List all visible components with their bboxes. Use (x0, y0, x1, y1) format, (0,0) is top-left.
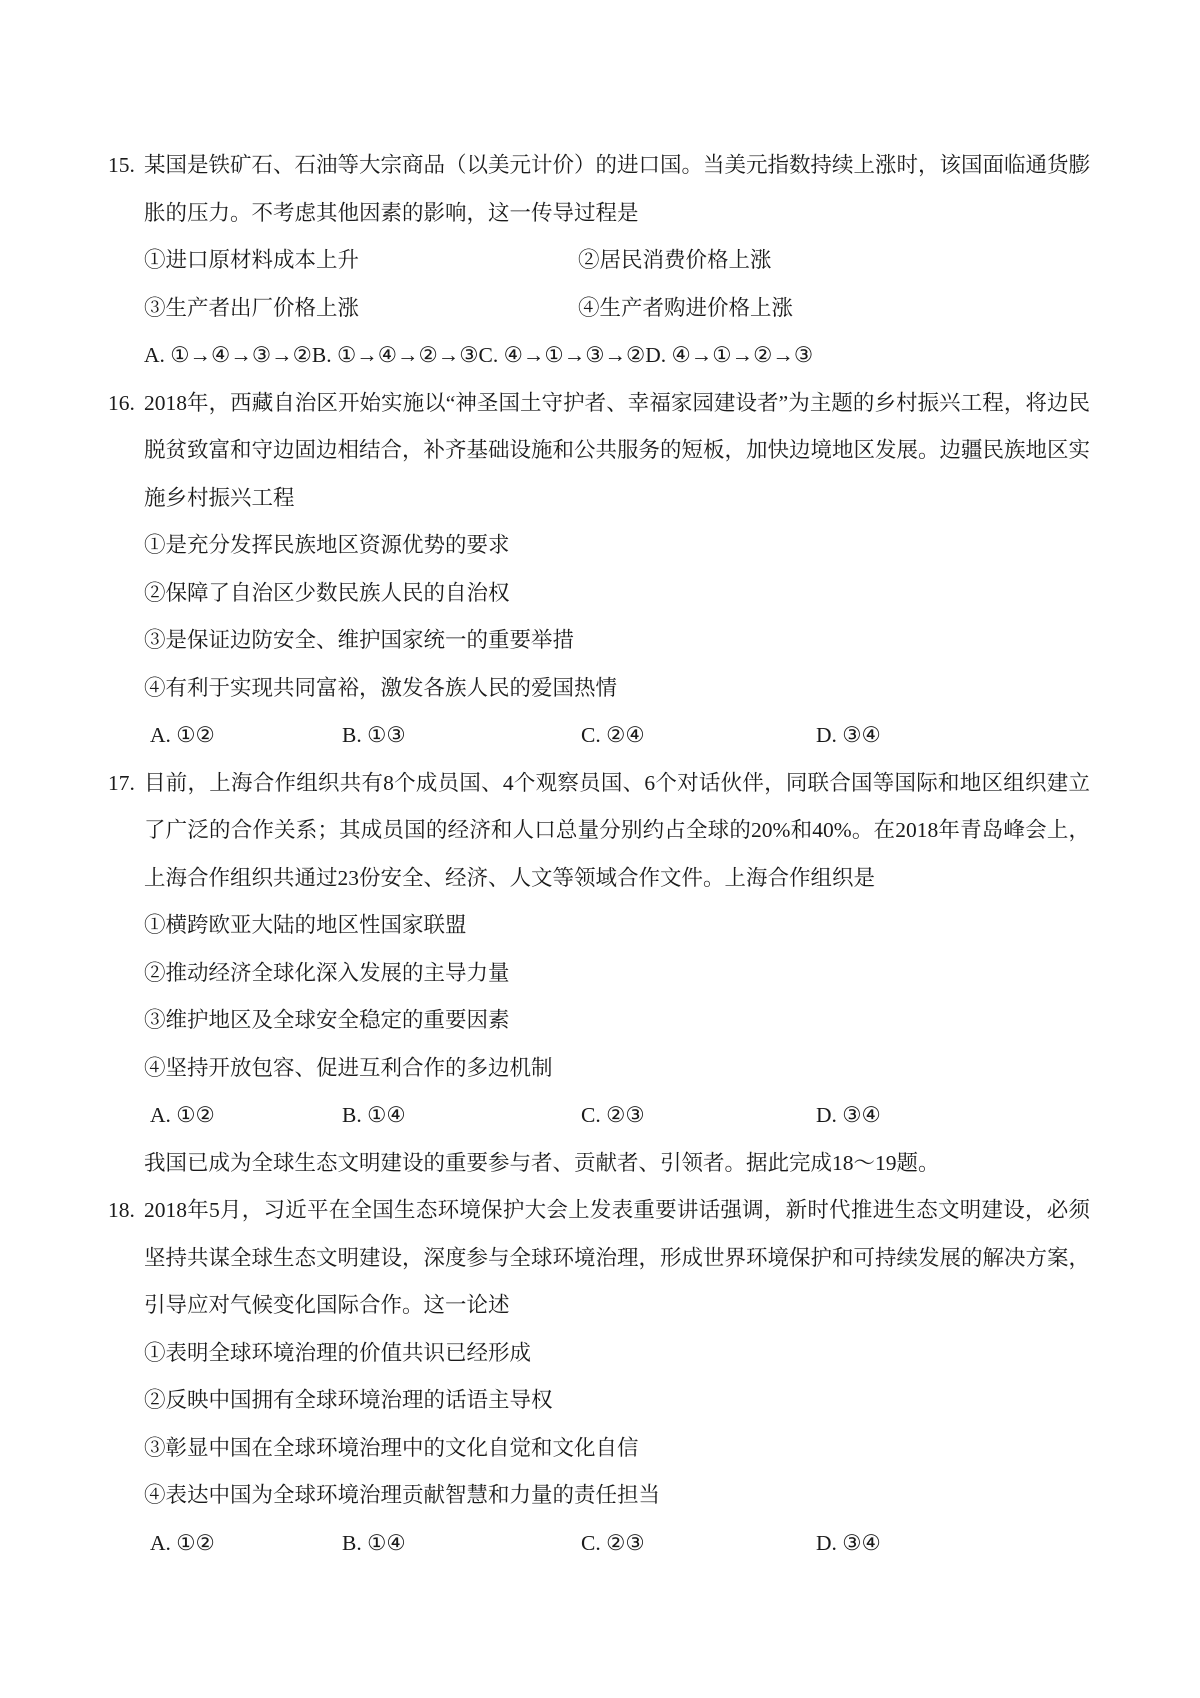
statement-3: ③生产者出厂价格上涨 (144, 296, 359, 320)
statement-1: ①进口原材料成本上升 (144, 248, 359, 272)
statement-1: ①是充分发挥民族地区资源优势的要求 (144, 522, 1090, 570)
choice-b: B. ①③ (342, 712, 406, 760)
choice-d: D. ③④ (816, 1520, 881, 1568)
passage-intro-18-19: 我国已成为全球生态文明建设的重要参与者、贡献者、引领者。据此完成18～19题。 (144, 1140, 1090, 1188)
statement-3: ③维护地区及全球安全稳定的重要因素 (144, 997, 1090, 1045)
statement-2: ②保障了自治区少数民族人民的自治权 (144, 570, 1090, 618)
choice-c: C. ②③ (581, 1520, 645, 1568)
statement-4: ④有利于实现共同富裕，激发各族人民的爱国热情 (144, 665, 1090, 713)
question-16-stem: 2018年，西藏自治区开始实施以“神圣国土守护者、幸福家园建设者”为主题的乡村振… (144, 380, 1090, 523)
choice-b: B. ①④ (342, 1520, 406, 1568)
choice-a: A. ①② (150, 1092, 215, 1140)
statement-3: ③是保证边防安全、维护国家统一的重要举措 (144, 617, 1090, 665)
choice-a: A. ①② (150, 712, 215, 760)
choice-c: C. ②④ (581, 712, 645, 760)
choice-c: C. ②③ (581, 1092, 645, 1140)
choice-b: B. ①④ (342, 1092, 406, 1140)
question-18-number: 18. (108, 1187, 135, 1235)
statement-3: ③彰显中国在全球环境治理中的文化自觉和文化自信 (144, 1425, 1090, 1473)
question-15-statement-row-1: ①进口原材料成本上升 ②居民消费价格上涨 (144, 237, 1090, 285)
statement-2: ②居民消费价格上涨 (578, 237, 772, 285)
statement-1: ①横跨欧亚大陆的地区性国家联盟 (144, 902, 1090, 950)
question-15: 15. 某国是铁矿石、石油等大宗商品（以美元计价）的进口国。当美元指数持续上涨时… (104, 142, 1090, 380)
question-15-statement-row-2: ③生产者出厂价格上涨 ④生产者购进价格上涨 (144, 285, 1090, 333)
question-17-choices: A. ①② B. ①④ C. ②③ D. ③④ (144, 1092, 1090, 1140)
question-18: 18. 2018年5月，习近平在全国生态环境保护大会上发表重要讲话强调，新时代推… (104, 1187, 1090, 1567)
statement-4: ④生产者购进价格上涨 (578, 285, 793, 333)
statement-2: ②反映中国拥有全球环境治理的话语主导权 (144, 1377, 1090, 1425)
question-17-number: 17. (108, 760, 135, 808)
question-17: 17. 目前，上海合作组织共有8个成员国、4个观察员国、6个对话伙伴，同联合国等… (104, 760, 1090, 1140)
statement-4: ④表达中国为全球环境治理贡献智慧和力量的责任担当 (144, 1472, 1090, 1520)
question-15-number: 15. (108, 142, 135, 190)
statement-1: ①表明全球环境治理的价值共识已经形成 (144, 1330, 1090, 1378)
choice-a: A. ①② (150, 1520, 215, 1568)
question-17-stem: 目前，上海合作组织共有8个成员国、4个观察员国、6个对话伙伴，同联合国等国际和地… (144, 760, 1090, 903)
choice-d: D. ③④ (816, 712, 881, 760)
choice-d: D. ③④ (816, 1092, 881, 1140)
question-16-choices: A. ①② B. ①③ C. ②④ D. ③④ (144, 712, 1090, 760)
question-18-choices: A. ①② B. ①④ C. ②③ D. ③④ (144, 1520, 1090, 1568)
question-15-stem: 某国是铁矿石、石油等大宗商品（以美元计价）的进口国。当美元指数持续上涨时，该国面… (144, 142, 1090, 237)
question-16: 16. 2018年，西藏自治区开始实施以“神圣国土守护者、幸福家园建设者”为主题… (104, 380, 1090, 760)
question-16-number: 16. (108, 380, 135, 428)
statement-2: ②推动经济全球化深入发展的主导力量 (144, 950, 1090, 998)
question-15-choices: A. ①→④→③→②B. ①→④→②→③C. ④→①→③→②D. ④→①→②→③ (144, 332, 1090, 380)
exam-page: 15. 某国是铁矿石、石油等大宗商品（以美元计价）的进口国。当美元指数持续上涨时… (0, 0, 1200, 1567)
statement-4: ④坚持开放包容、促进互利合作的多边机制 (144, 1045, 1090, 1093)
question-18-stem: 2018年5月，习近平在全国生态环境保护大会上发表重要讲话强调，新时代推进生态文… (144, 1187, 1090, 1330)
